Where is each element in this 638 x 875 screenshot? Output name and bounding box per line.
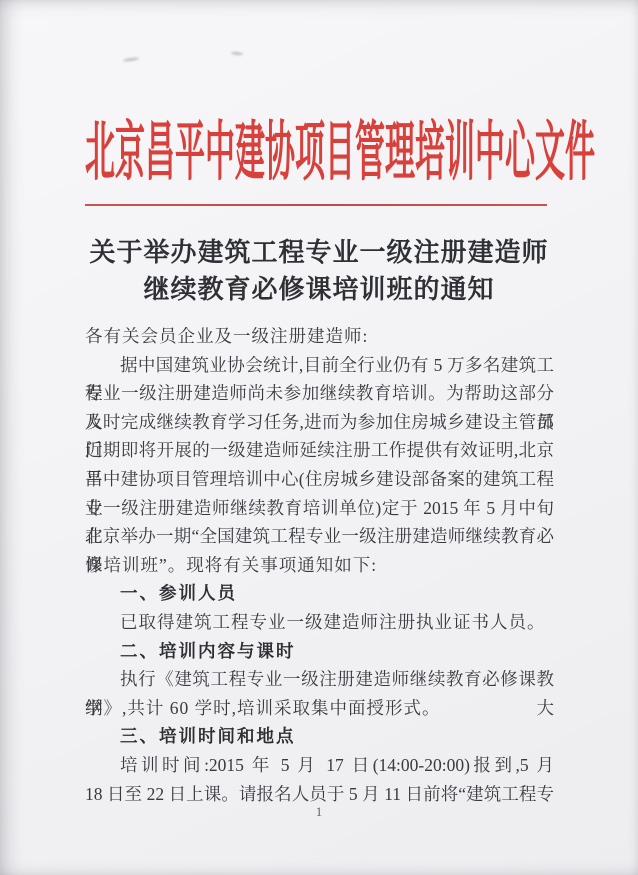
body-line: 培训时间:2015 年 5 月 17 日(14:00-20:00)报到,5 月 <box>85 751 554 780</box>
body-line: 业一级注册建造师继续教育培训单位)定于 2015 年 5 月中旬在 <box>85 494 554 523</box>
body-line: 近期即将开展的一级建造师延续注册工作提供有效证明,北京昌 <box>85 436 554 465</box>
scan-speck <box>231 51 243 55</box>
salutation-line: 各有关会员企业及一级注册建造师: <box>85 322 554 351</box>
document-title: 关于举办建筑工程专业一级注册建造师 继续教育必修课培训班的通知 <box>0 234 638 308</box>
scan-speck <box>123 57 139 62</box>
body-line: 北京举办一期“全国建筑工程专业一级注册建造师继续教育必修 <box>85 522 554 551</box>
body-line: 已取得建筑工程专业一级建造师注册执业证书人员。 <box>85 608 554 637</box>
section-heading: 一、参训人员 <box>85 579 554 608</box>
body-line: 执行《建筑工程专业一级注册建造师继续教育必修课教学大 <box>85 665 554 694</box>
document-body: 各有关会员企业及一级注册建造师: 据中国建筑业协会统计,目前全行业仍有 5 万多… <box>85 322 554 808</box>
body-line: 专业一级注册建造师尚未参加继续教育培训。为帮助这部分人员 <box>85 379 554 408</box>
body-line: 课培训班”。现将有关事项通知如下: <box>85 551 554 580</box>
page-number: 1 <box>0 805 638 820</box>
letterhead: 北京昌平中建协项目管理培训中心文件 <box>85 114 550 178</box>
section-heading: 三、培训时间和地点 <box>85 722 554 751</box>
section-heading: 二、培训内容与课时 <box>85 637 554 666</box>
scanned-document-page: 北京昌平中建协项目管理培训中心文件 关于举办建筑工程专业一级注册建造师 继续教育… <box>0 0 638 875</box>
body-line: 据中国建筑业协会统计,目前全行业仍有 5 万多名建筑工程 <box>85 351 554 380</box>
letterhead-title: 北京昌平中建协项目管理培训中心文件 <box>85 99 550 194</box>
letterhead-rule <box>85 204 547 206</box>
document-title-line2: 继续教育必修课培训班的通知 <box>0 271 638 308</box>
body-line: 18 日至 22 日上课。请报名人员于 5 月 11 日前将“建筑工程专 <box>85 780 554 809</box>
document-title-line1: 关于举办建筑工程专业一级注册建造师 <box>0 234 638 271</box>
body-line: 平中建协项目管理培训中心(住房城乡建设部备案的建筑工程专 <box>85 465 554 494</box>
body-line: 及时完成继续教育学习任务,进而为参加住房城乡建设主管部门 <box>85 408 554 437</box>
